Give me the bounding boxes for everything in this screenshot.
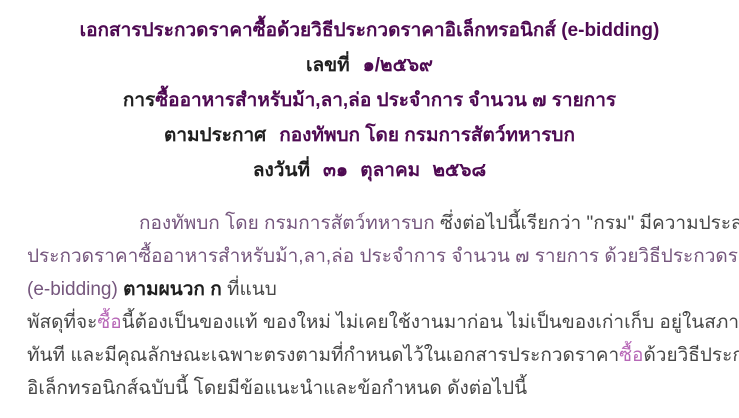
clause-intro-text: ซึ่งต่อไปนี้เรียกว่า "กรม" มีความประสงค์… bbox=[435, 213, 739, 234]
body-line-5: ทันที และมีคุณลักษณะเฉพาะตรงตามที่กำหนดไ… bbox=[27, 339, 723, 372]
body-line-3: (e-bidding) ตามผนวก ก ที่แนบ bbox=[27, 273, 723, 306]
announcement-agency-value: กองทัพบก โดย กรมการสัตว์ทหารบก bbox=[279, 125, 575, 146]
body-line-4: พัสดุที่จะซื้อนี้ต้องเป็นของแท้ ของใหม่ … bbox=[27, 306, 723, 339]
ebidding-text: (e-bidding) bbox=[27, 279, 123, 300]
document-subject-line: การซื้ออาหารสำหรับม้า,ลา,ล่อ ประจำการ จำ… bbox=[0, 83, 739, 118]
buy-word-highlight: ซื้อ bbox=[97, 312, 121, 333]
date-value: ๓๑ ตุลาคม ๒๕๖๘ bbox=[323, 160, 486, 181]
agency-name: กองทัพบก โดย กรมการสัตว์ทหารบก bbox=[139, 213, 435, 234]
materials-clause-pre: พัสดุที่จะ bbox=[27, 312, 97, 333]
spec-clause-pre: ทันที และมีคุณลักษณะเฉพาะตรงตามที่กำหนดไ… bbox=[27, 345, 619, 366]
body-line-2: ประกวดราคาซื้ออาหารสำหรับม้า,ลา,ล่อ ประจ… bbox=[27, 240, 723, 273]
buy-word-highlight-2: ซื้อ bbox=[619, 345, 643, 366]
subject-prefix: การ bbox=[123, 90, 155, 111]
annex-reference: ตามผนวก ก bbox=[123, 279, 222, 300]
project-name-text: ประกวดราคาซื้ออาหารสำหรับม้า,ลา,ล่อ ประจ… bbox=[27, 246, 739, 267]
date-label: ลงวันที่ bbox=[253, 160, 310, 181]
document-number-line: เลขที่๑/๒๕๖๙ bbox=[0, 48, 739, 83]
materials-clause-rest: นี้ต้องเป็นของแท้ ของใหม่ ไม่เคยใช้งานมา… bbox=[122, 312, 739, 333]
announcement-label: ตามประกาศ bbox=[164, 125, 266, 146]
document-header: เอกสารประกวดราคาซื้อด้วยวิธีประกวดราคาอิ… bbox=[0, 0, 739, 188]
announcement-line: ตามประกาศกองทัพบก โดย กรมการสัตว์ทหารบก bbox=[0, 118, 739, 153]
document-body: กองทัพบก โดย กรมการสัตว์ทหารบก ซึ่งต่อไป… bbox=[0, 207, 739, 405]
document-date-line: ลงวันที่๓๑ ตุลาคม ๒๕๖๘ bbox=[0, 153, 739, 188]
document-number-value: ๑/๒๕๖๙ bbox=[363, 55, 433, 76]
body-line-1: กองทัพบก โดย กรมการสัตว์ทหารบก ซึ่งต่อไป… bbox=[27, 207, 723, 240]
body-line-6: อิเล็กทรอนิกส์ฉบับนี้ โดยมีข้อแนะนำและข้… bbox=[27, 372, 723, 405]
subject-value: ซื้ออาหารสำหรับม้า,ลา,ล่อ ประจำการ จำนวน… bbox=[155, 90, 616, 111]
document-number-label: เลขที่ bbox=[306, 55, 350, 76]
document-title: เอกสารประกวดราคาซื้อด้วยวิธีประกวดราคาอิ… bbox=[0, 13, 739, 48]
closing-clause-text: อิเล็กทรอนิกส์ฉบับนี้ โดยมีข้อแนะนำและข้… bbox=[27, 378, 527, 399]
spec-clause-rest: ด้วยวิธีประกวดราคา bbox=[643, 345, 739, 366]
annex-attached-text: ที่แนบ bbox=[222, 279, 277, 300]
document-page: เอกสารประกวดราคาซื้อด้วยวิธีประกวดราคาอิ… bbox=[0, 0, 739, 418]
